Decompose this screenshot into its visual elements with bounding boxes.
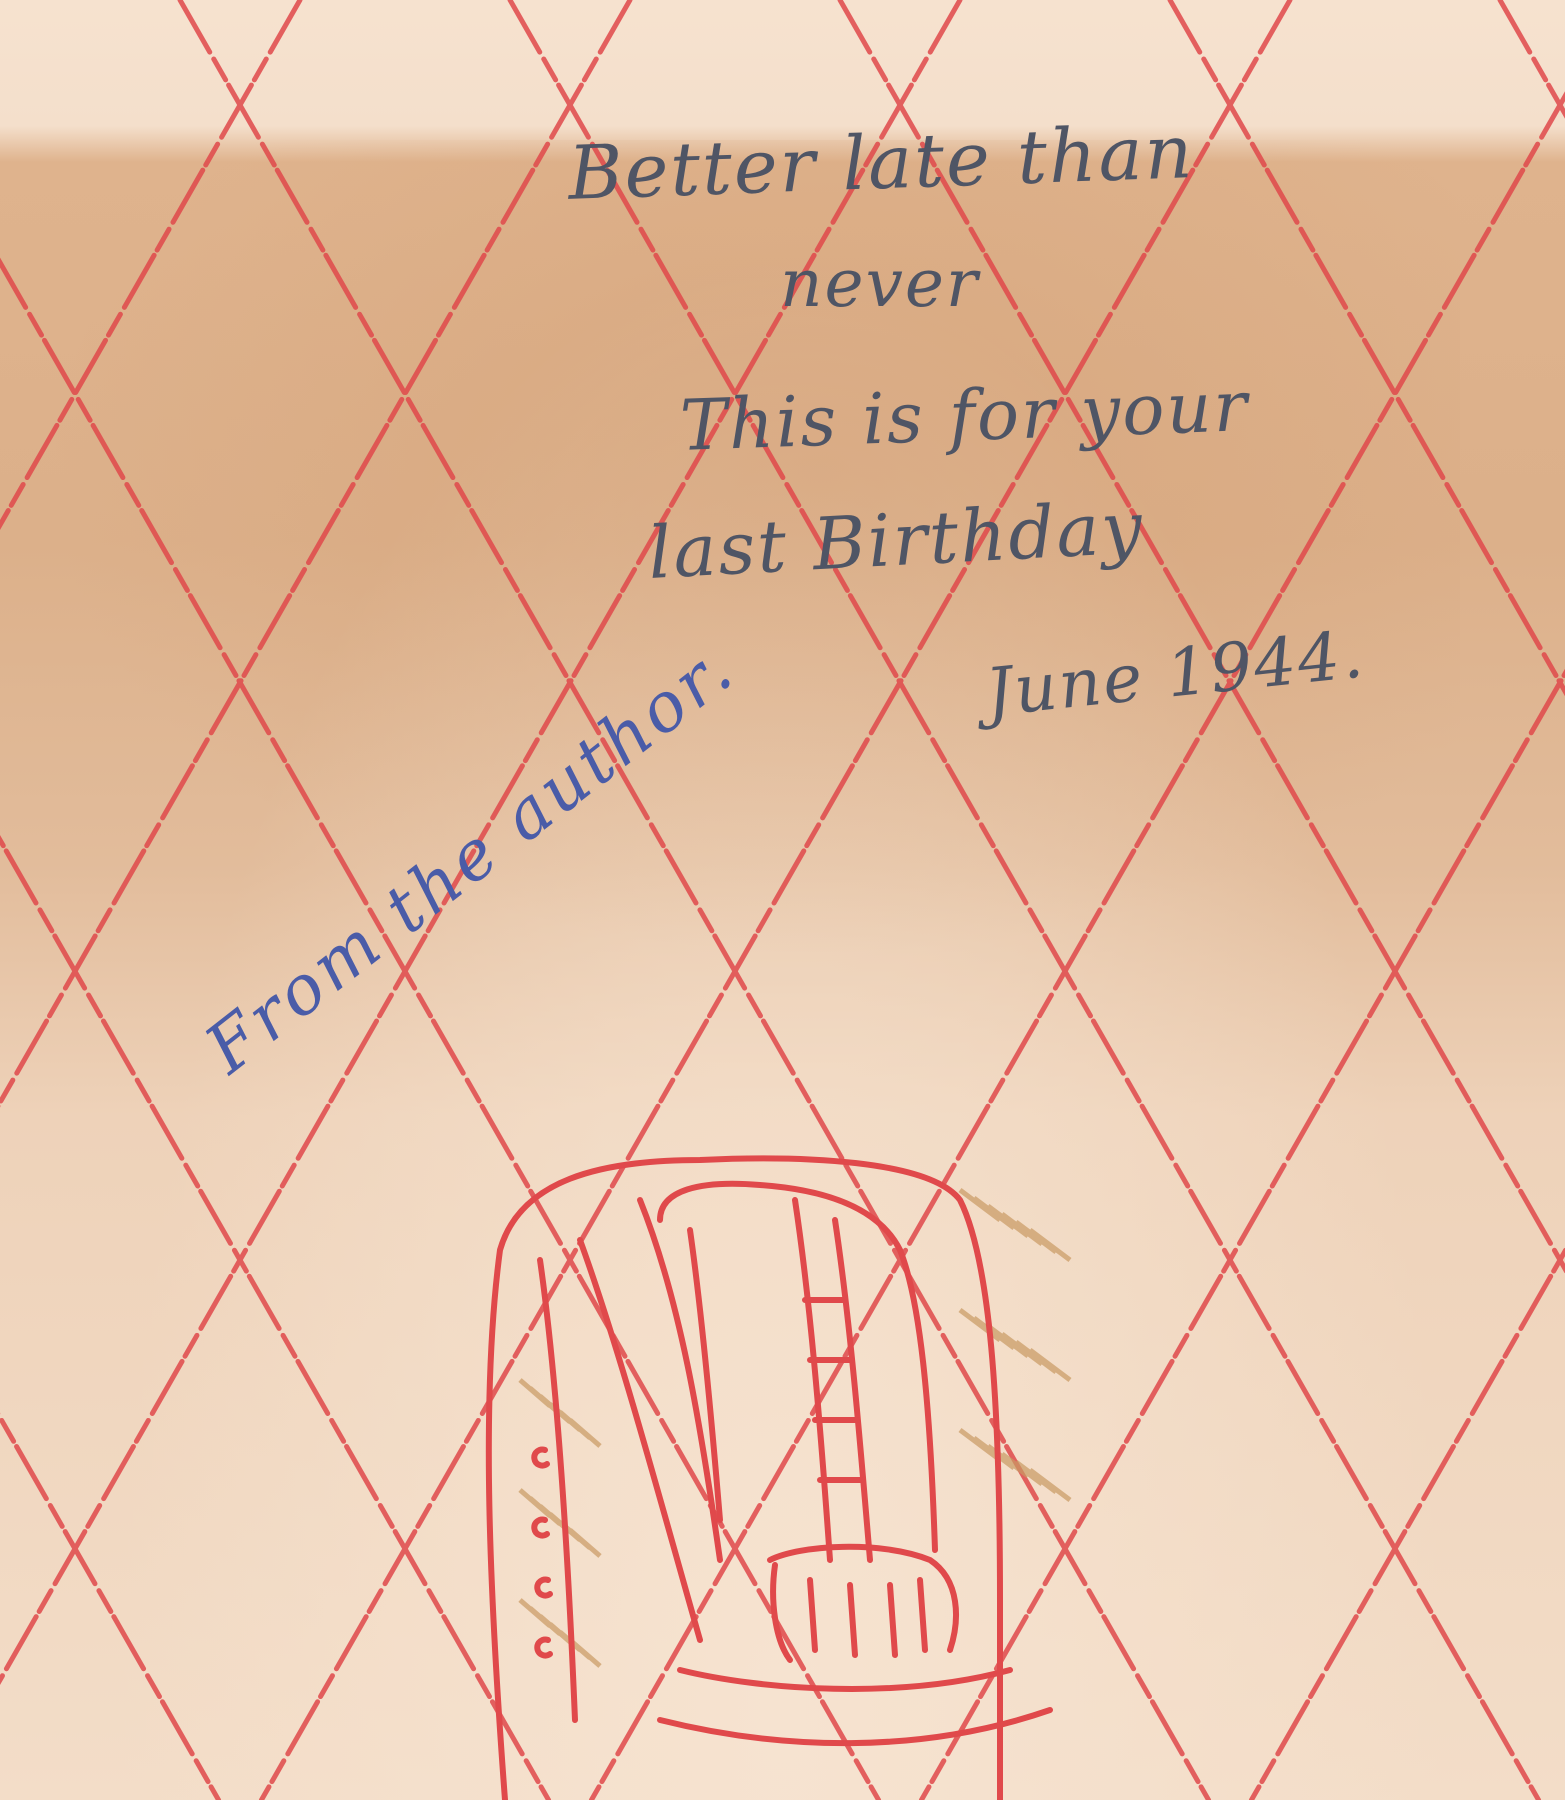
inscription-line-2: never (780, 245, 979, 322)
book-page: Better late than never This is for your … (0, 0, 1565, 1800)
